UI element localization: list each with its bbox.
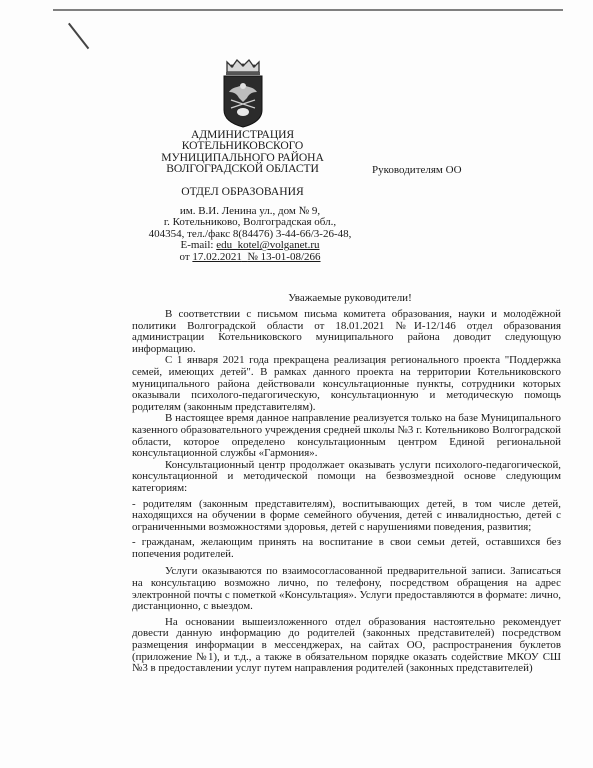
letter-body: В соответствии с письмом письма комитета… [132, 309, 561, 675]
list-item: - родителям (законным представителям), в… [132, 499, 561, 534]
email-link[interactable]: edu_kotel@volganet.ru [216, 239, 319, 251]
organization-name: АДМИНИСТРАЦИЯ КОТЕЛЬНИКОВСКОГО МУНИЦИПАЛ… [130, 129, 355, 174]
greeting: Уважаемые руководители! [120, 292, 580, 304]
paragraph: Услуги оказываются по взаимосогласованно… [132, 566, 561, 612]
paragraph: В соответствии с письмом письма комитета… [132, 309, 561, 355]
pen-mark [68, 23, 89, 49]
coat-of-arms-icon [219, 58, 267, 128]
email-label: E-mail: [180, 239, 216, 251]
paragraph: Консультационный центр продолжает оказыв… [132, 460, 561, 495]
date-number-line: от 17.02.2021 № 13-01-08/266 [120, 252, 380, 263]
paragraph: В настоящее время данное направление реа… [132, 413, 561, 459]
department-name: ОТДЕЛ ОБРАЗОВАНИЯ [130, 185, 355, 198]
scan-edge-line [53, 9, 563, 11]
date-prefix: от [179, 251, 192, 263]
document-page: АДМИНИСТРАЦИЯ КОТЕЛЬНИКОВСКОГО МУНИЦИПАЛ… [0, 0, 593, 768]
paragraph: На основании вышеизложенного отдел образ… [132, 617, 561, 675]
org-line: ВОЛГОГРАДСКОЙ ОБЛАСТИ [130, 163, 355, 174]
letter-date: 17.02.2021 [192, 251, 242, 263]
address-block: им. В.И. Ленина ул., дом № 9, г. Котельн… [120, 206, 380, 263]
paragraph: С 1 января 2021 года прекращена реализац… [132, 355, 561, 413]
list-item: - гражданам, желающим принять на воспита… [132, 537, 561, 560]
addressee: Руководителям ОО [372, 164, 462, 176]
org-line: КОТЕЛЬНИКОВСКОГО [130, 140, 355, 151]
letter-number: № 13-01-08/266 [247, 251, 320, 263]
